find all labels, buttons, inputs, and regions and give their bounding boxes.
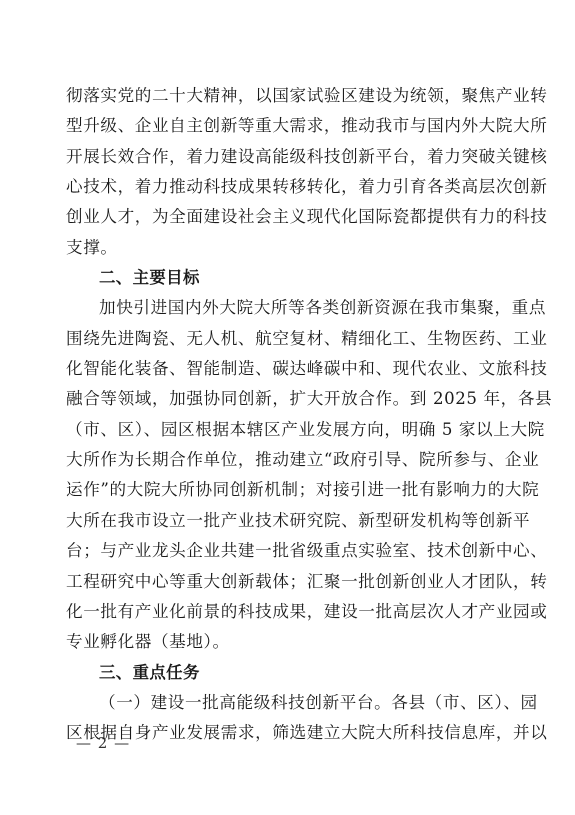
paragraph-line: 开展长效合作，着力建设高能级科技创新平台，着力突破关键核 [66,142,508,172]
paragraph-line: 融合等领域，加强协同创新，扩大开放合作。到 2025 年，各县 [66,384,508,414]
paragraph-line: 台；与产业龙头企业共建一批省级重点实验室、技术创新中心、 [66,536,508,566]
paragraph-line: （一）建设一批高能级科技创新平台。各县（市、区）、园 [66,688,508,718]
paragraph-line: 心技术，着力推动科技成果转移转化，着力引育各类高层次创新 [66,172,508,202]
paragraph-line: 型升级、企业自主创新等重大需求，推动我市与国内外大院大所 [66,111,508,141]
paragraph-line: 大所作为长期合作单位，推动建立“政府引导、院所参与、企业 [66,445,508,475]
paragraph-line: 运作”的大院大所协同创新机制；对接引进一批有影响力的大院 [66,475,508,505]
paragraph-line: 彻落实党的二十大精神，以国家试验区建设为统领，聚焦产业转 [66,81,508,111]
paragraph-line: 化智能化装备、智能制造、碳达峰碳中和、现代农业、文旅科技 [66,354,508,384]
paragraph-line: 区根据自身产业发展需求，筛选建立大院大所科技信息库，并以 [66,718,508,748]
paragraph-line: 加快引进国内外大院大所等各类创新资源在我市集聚，重点 [66,293,508,323]
paragraph-line: 支撑。 [66,233,508,263]
paragraph-line: 大所在我市设立一批产业技术研究院、新型研发机构等创新平 [66,506,508,536]
paragraph-line: 围绕先进陶瓷、无人机、航空复材、精细化工、生物医药、工业 [66,324,508,354]
paragraph-line: 工程研究中心等重大创新载体；汇聚一批创新创业人才团队，转 [66,567,508,597]
section-heading-main-goals: 二、主要目标 [66,263,508,293]
document-page: 彻落实党的二十大精神，以国家试验区建设为统领，聚焦产业转 型升级、企业自主创新等… [0,0,575,815]
paragraph-line: 创业人才，为全面建设社会主义现代化国际瓷都提供有力的科技 [66,202,508,232]
paragraph-line: 化一批有产业化前景的科技成果，建设一批高层次人才产业园或 [66,597,508,627]
paragraph-line: （市、区）、园区根据本辖区产业发展方向，明确 5 家以上大院 [66,415,508,445]
document-body: 彻落实党的二十大精神，以国家试验区建设为统领，聚焦产业转 型升级、企业自主创新等… [66,81,508,749]
section-heading-key-tasks: 三、重点任务 [66,658,508,688]
page-number: — 2 — [76,734,130,752]
paragraph-line: 专业孵化器（基地）。 [66,627,508,657]
